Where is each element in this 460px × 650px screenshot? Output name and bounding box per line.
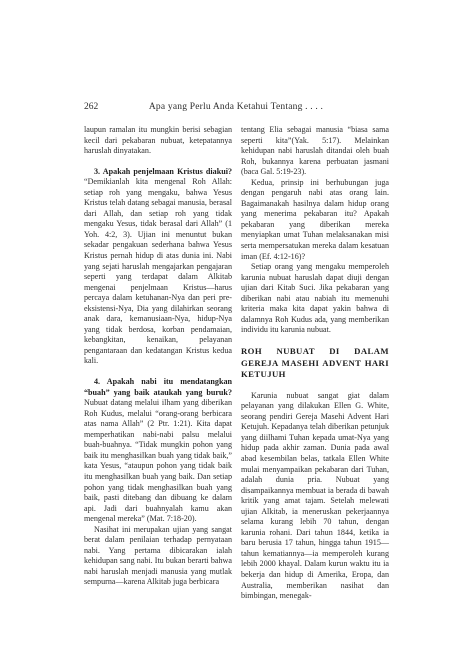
page-number: 262 — [84, 101, 98, 113]
running-title: Apa yang Perlu Anda Ketahui Tentang . . … — [149, 101, 323, 113]
paragraph: tentang Elia sebagai manusia “biasa sama… — [241, 125, 389, 178]
book-page: 262 Apa yang Perlu Anda Ketahui Tentang … — [0, 0, 460, 650]
paragraph: 3. Apakah penjelmaan Kristus diakui? “De… — [84, 167, 232, 367]
paragraph-text: “Demikianlah kita mengenal Roh Allah: se… — [84, 177, 232, 365]
running-head: 262 Apa yang Perlu Anda Ketahui Tentang … — [84, 101, 389, 113]
question-lead: 3. Apakah penjelmaan Kristus diakui? — [94, 167, 232, 176]
paragraph-text: Karunia nubuat sangat giat dalam pelayan… — [241, 391, 389, 600]
paragraph: Nasihat ini merupakan ujian yang sangat … — [84, 525, 232, 588]
paragraph: Kedua, prinsip ini berhubungan juga deng… — [241, 178, 389, 262]
section-heading: ROH NUBUAT DI DALAM GEREJA MASEHI ADVENT… — [241, 346, 389, 381]
paragraph-text: laupun ramalan itu mungkin berisi sebagi… — [84, 125, 232, 155]
paragraph-text: Kedua, prinsip ini berhubungan juga deng… — [241, 178, 389, 261]
paragraph-text: Nasihat ini merupakan ujian yang sangat … — [84, 525, 232, 587]
right-column: tentang Elia sebagai manusia “biasa sama… — [241, 125, 389, 602]
paragraph: laupun ramalan itu mungkin berisi sebagi… — [84, 125, 232, 157]
two-column-layout: laupun ramalan itu mungkin berisi sebagi… — [84, 125, 389, 602]
paragraph: Karunia nubuat sangat giat dalam pelayan… — [241, 391, 389, 602]
page-content: 262 Apa yang Perlu Anda Ketahui Tentang … — [84, 101, 389, 602]
paragraph-text: tentang Elia sebagai manusia “biasa sama… — [241, 125, 389, 176]
paragraph: Setiap orang yang mengaku memperoleh kar… — [241, 262, 389, 336]
paragraph-text: Setiap orang yang mengaku memperoleh kar… — [241, 262, 389, 334]
paragraph-text: Nubuat datang melalui ilham yang diberik… — [84, 398, 232, 523]
paragraph: 4. Apakah nabi itu mendatangkan “buah” y… — [84, 377, 232, 525]
question-lead: 4. Apakah nabi itu mendatangkan “buah” y… — [84, 377, 232, 397]
left-column: laupun ramalan itu mungkin berisi sebagi… — [84, 125, 232, 602]
